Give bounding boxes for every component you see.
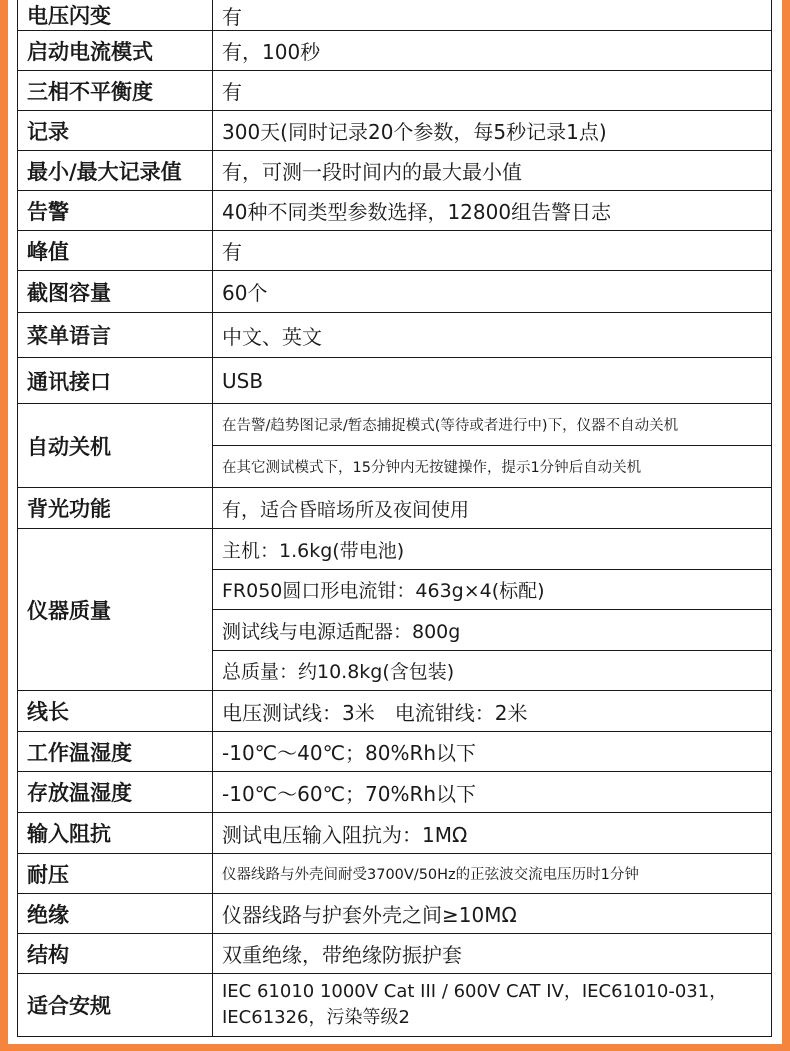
table-row: 仪器质量 主机：1.6kg(带电池): [18, 529, 772, 570]
row-label: 截图容量: [18, 271, 213, 313]
row-value: 双重绝缘，带绝缘防振护套: [213, 934, 772, 974]
row-value: 仪器线路与护套外壳之间≥10MΩ: [213, 894, 772, 934]
row-label: 自动关机: [18, 404, 213, 488]
row-value: 有，100秒: [213, 31, 772, 71]
row-label: 输入阻抗: [18, 813, 213, 854]
row-label: 仪器质量: [18, 529, 213, 691]
row-value: IEC 61010 1000V Cat III / 600V CAT IV，IE…: [213, 974, 772, 1037]
row-value: 有: [213, 71, 772, 111]
row-label: 线长: [18, 691, 213, 732]
table-row: 线长 电压测试线：3米 电流钳线：2米: [18, 691, 772, 732]
row-label: 通讯接口: [18, 358, 213, 404]
row-value: 有: [213, 231, 772, 271]
row-label: 告警: [18, 191, 213, 231]
row-value: 仪器线路与外壳间耐受3700V/50Hz的正弦波交流电压历时1分钟: [213, 854, 772, 894]
table-row: 峰值 有: [18, 231, 772, 271]
row-label: 耐压: [18, 854, 213, 894]
row-label: 背光功能: [18, 488, 213, 529]
table-row: 结构 双重绝缘，带绝缘防振护套: [18, 934, 772, 974]
row-value: -10℃～60℃；70%Rh以下: [213, 772, 772, 813]
row-label: 记录: [18, 111, 213, 151]
row-label: 峰值: [18, 231, 213, 271]
row-value: 主机：1.6kg(带电池): [213, 529, 772, 570]
row-value: 中文、英文: [213, 313, 772, 358]
table-row: 记录 300天(同时记录20个参数，每5秒记录1点): [18, 111, 772, 151]
table-row: 截图容量 60个: [18, 271, 772, 313]
row-value: 有，可测一段时间内的最大最小值: [213, 151, 772, 191]
row-label: 启动电流模式: [18, 31, 213, 71]
table-row: 绝缘 仪器线路与护套外壳之间≥10MΩ: [18, 894, 772, 934]
table-row: 电压闪变 有: [18, 0, 772, 31]
row-label: 适合安规: [18, 974, 213, 1037]
row-value: 有，适合昏暗场所及夜间使用: [213, 488, 772, 529]
row-label: 三相不平衡度: [18, 71, 213, 111]
row-value: 有: [213, 0, 772, 31]
table-row: 通讯接口 USB: [18, 358, 772, 404]
table-row: 输入阻抗 测试电压输入阻抗为：1MΩ: [18, 813, 772, 854]
table-row: 告警 40种不同类型参数选择，12800组告警日志: [18, 191, 772, 231]
table-row: 最小/最大记录值 有，可测一段时间内的最大最小值: [18, 151, 772, 191]
row-value: USB: [213, 358, 772, 404]
table-row: 自动关机 在告警/趋势图记录/暂态捕捉模式(等待或者进行中)下，仪器不自动关机: [18, 404, 772, 446]
row-value: 测试线与电源适配器：800g: [213, 610, 772, 651]
row-label: 电压闪变: [18, 0, 213, 31]
row-label: 工作温湿度: [18, 732, 213, 772]
row-value: 电压测试线：3米 电流钳线：2米: [213, 691, 772, 732]
table-row: 耐压 仪器线路与外壳间耐受3700V/50Hz的正弦波交流电压历时1分钟: [18, 854, 772, 894]
row-label: 结构: [18, 934, 213, 974]
row-value: 60个: [213, 271, 772, 313]
table-row: 菜单语言 中文、英文: [18, 313, 772, 358]
row-value: -10℃～40℃；80%Rh以下: [213, 732, 772, 772]
row-value: 在其它测试模式下，15分钟内无按键操作，提示1分钟后自动关机: [213, 446, 772, 488]
row-value: 在告警/趋势图记录/暂态捕捉模式(等待或者进行中)下，仪器不自动关机: [213, 404, 772, 446]
spec-panel: 电压闪变 有 启动电流模式 有，100秒 三相不平衡度 有 记录 300天(同时…: [8, 0, 782, 1044]
table-row: 适合安规 IEC 61010 1000V Cat III / 600V CAT …: [18, 974, 772, 1037]
table-row: 背光功能 有，适合昏暗场所及夜间使用: [18, 488, 772, 529]
row-label: 菜单语言: [18, 313, 213, 358]
row-value: 40种不同类型参数选择，12800组告警日志: [213, 191, 772, 231]
row-label: 绝缘: [18, 894, 213, 934]
table-row: 存放温湿度 -10℃～60℃；70%Rh以下: [18, 772, 772, 813]
row-value: FR050圆口形电流钳：463g×4(标配): [213, 570, 772, 610]
table-row: 三相不平衡度 有: [18, 71, 772, 111]
row-value: 总质量：约10.8kg(含包装): [213, 651, 772, 691]
row-value: 300天(同时记录20个参数，每5秒记录1点): [213, 111, 772, 151]
row-value: 测试电压输入阻抗为：1MΩ: [213, 813, 772, 854]
table-row: 工作温湿度 -10℃～40℃；80%Rh以下: [18, 732, 772, 772]
row-label: 最小/最大记录值: [18, 151, 213, 191]
row-label: 存放温湿度: [18, 772, 213, 813]
table-row: 启动电流模式 有，100秒: [18, 31, 772, 71]
spec-table: 电压闪变 有 启动电流模式 有，100秒 三相不平衡度 有 记录 300天(同时…: [17, 0, 772, 1037]
